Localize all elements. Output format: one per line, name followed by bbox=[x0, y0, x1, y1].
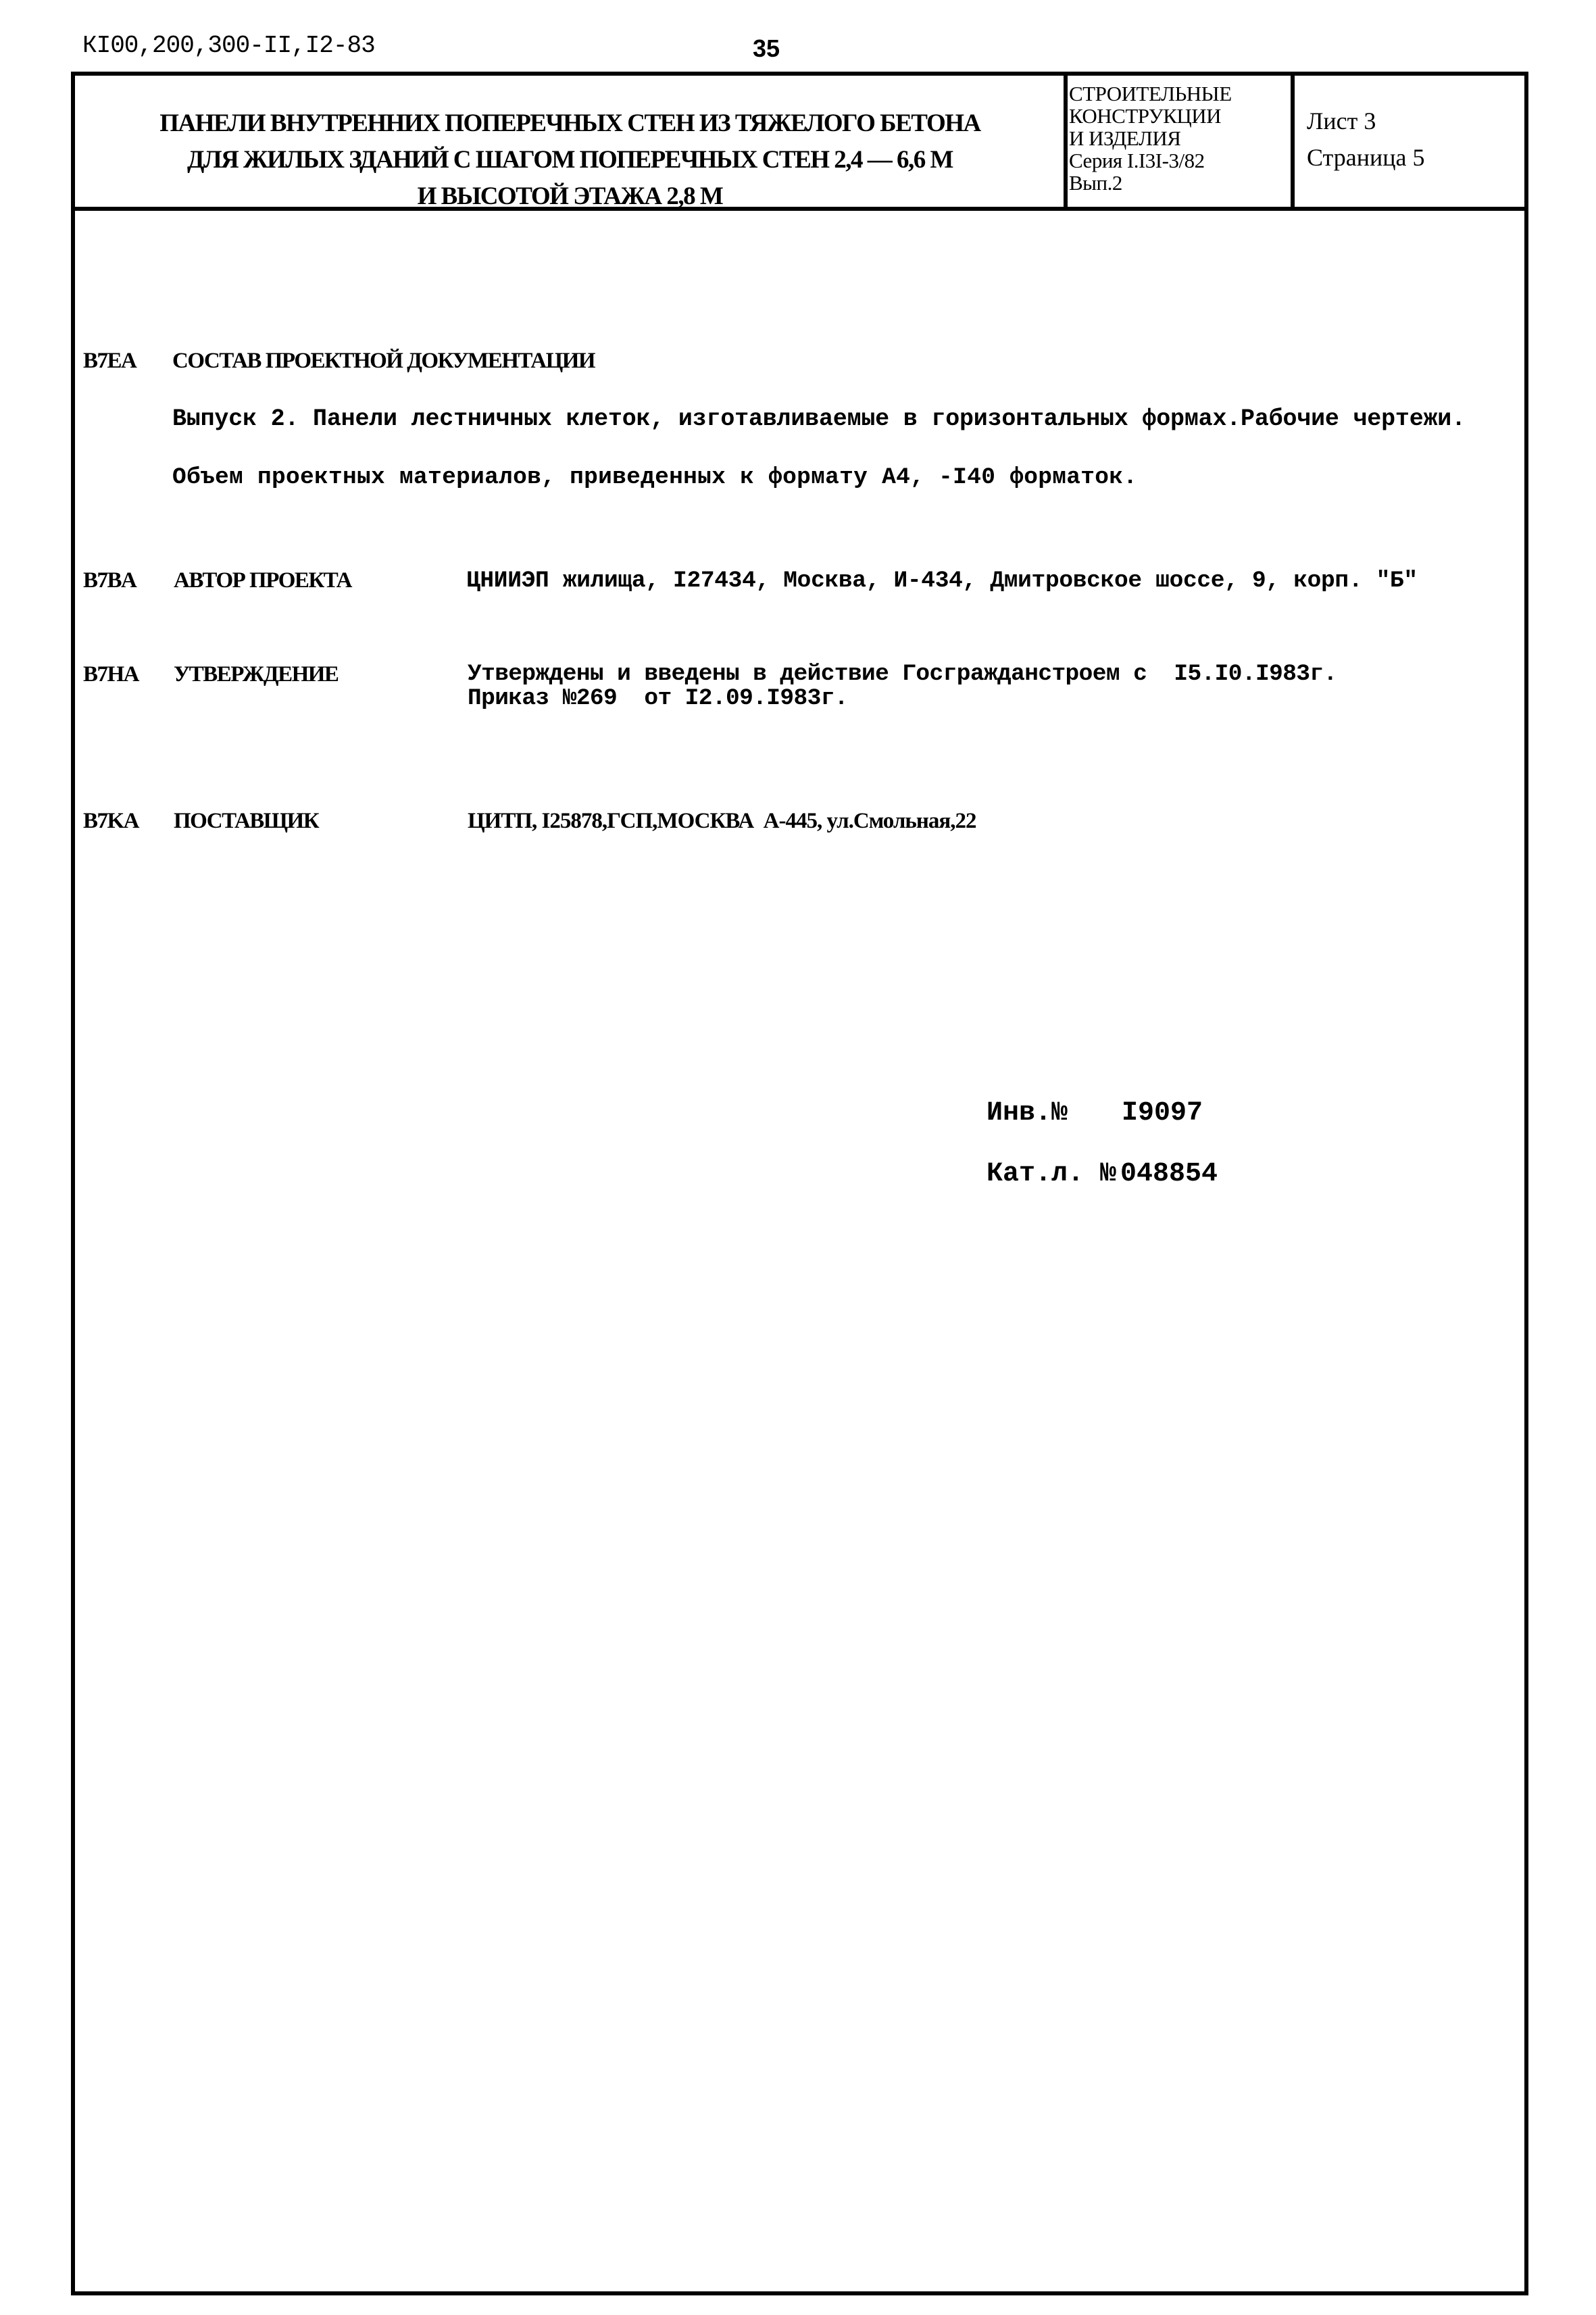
supplier-value: ЦИТП, I25878,ГСП,МОСКВА А-445, ул.Смольн… bbox=[468, 810, 976, 832]
author-value: ЦНИИЭП жилища, I27434, Москва, И-434, Дм… bbox=[466, 570, 1418, 593]
section-code-author: B7BA bbox=[83, 570, 136, 592]
title-line-3: И ВЫСОТОЙ ЭТАЖА 2,8 М bbox=[76, 178, 1064, 215]
section-label-supplier: ПОСТАВЩИК bbox=[174, 810, 318, 832]
section-label-author: АВТОР ПРОЕКТА bbox=[174, 570, 351, 592]
header-divider-vertical-2 bbox=[1291, 72, 1295, 211]
section-label-composition: СОСТАВ ПРОЕКТНОЙ ДОКУМЕНТАЦИИ bbox=[172, 350, 595, 372]
series-line-5: Вып.2 bbox=[1069, 172, 1232, 194]
series-line-2: КОНСТРУКЦИИ bbox=[1069, 105, 1232, 127]
document-title: ПАНЕЛИ ВНУТРЕННИХ ПОПЕРЕЧНЫХ СТЕН ИЗ ТЯЖ… bbox=[76, 105, 1064, 215]
inventory-number: I9097 bbox=[1122, 1100, 1203, 1127]
section-label-approval: УТВЕРЖДЕНИЕ bbox=[174, 664, 338, 686]
series-line-1: СТРОИТЕЛЬНЫЕ bbox=[1069, 82, 1232, 105]
catalog-label: Кат.л. № bbox=[987, 1161, 1116, 1188]
series-line-3: И ИЗДЕЛИЯ bbox=[1069, 127, 1232, 149]
sheet-number: Лист 3 bbox=[1307, 103, 1424, 139]
sheet-info: Лист 3 Страница 5 bbox=[1307, 103, 1424, 176]
title-line-2: ДЛЯ ЖИЛЫХ ЗДАНИЙ С ШАГОМ ПОПЕРЕЧНЫХ СТЕН… bbox=[76, 142, 1064, 178]
document-code: КI00,200,300-II,I2-83 bbox=[82, 34, 375, 58]
series-info: СТРОИТЕЛЬНЫЕ КОНСТРУКЦИИ И ИЗДЕЛИЯ Серия… bbox=[1069, 82, 1232, 194]
section-code-approval: B7HA bbox=[83, 664, 139, 686]
approval-line-2: Приказ №269 от I2.09.I983г. bbox=[468, 687, 848, 711]
section-code-composition: B7EA bbox=[83, 350, 136, 372]
sheet-page: Страница 5 bbox=[1307, 139, 1424, 176]
section-code-supplier: B7KA bbox=[83, 810, 139, 832]
series-line-4: Серия I.I3I-3/82 bbox=[1069, 149, 1232, 172]
composition-line-1: Выпуск 2. Панели лестничных клеток, изго… bbox=[172, 407, 1466, 431]
page-number: 35 bbox=[753, 36, 780, 61]
approval-line-1: Утверждены и введены в действие Госгражд… bbox=[468, 663, 1337, 687]
title-line-1: ПАНЕЛИ ВНУТРЕННИХ ПОПЕРЕЧНЫХ СТЕН ИЗ ТЯЖ… bbox=[76, 105, 1064, 142]
header-divider-vertical-1 bbox=[1064, 72, 1068, 211]
catalog-number: 048854 bbox=[1120, 1161, 1218, 1188]
composition-line-2: Объем проектных материалов, приведенных … bbox=[172, 466, 1137, 490]
inventory-label: Инв.№ bbox=[987, 1100, 1068, 1127]
